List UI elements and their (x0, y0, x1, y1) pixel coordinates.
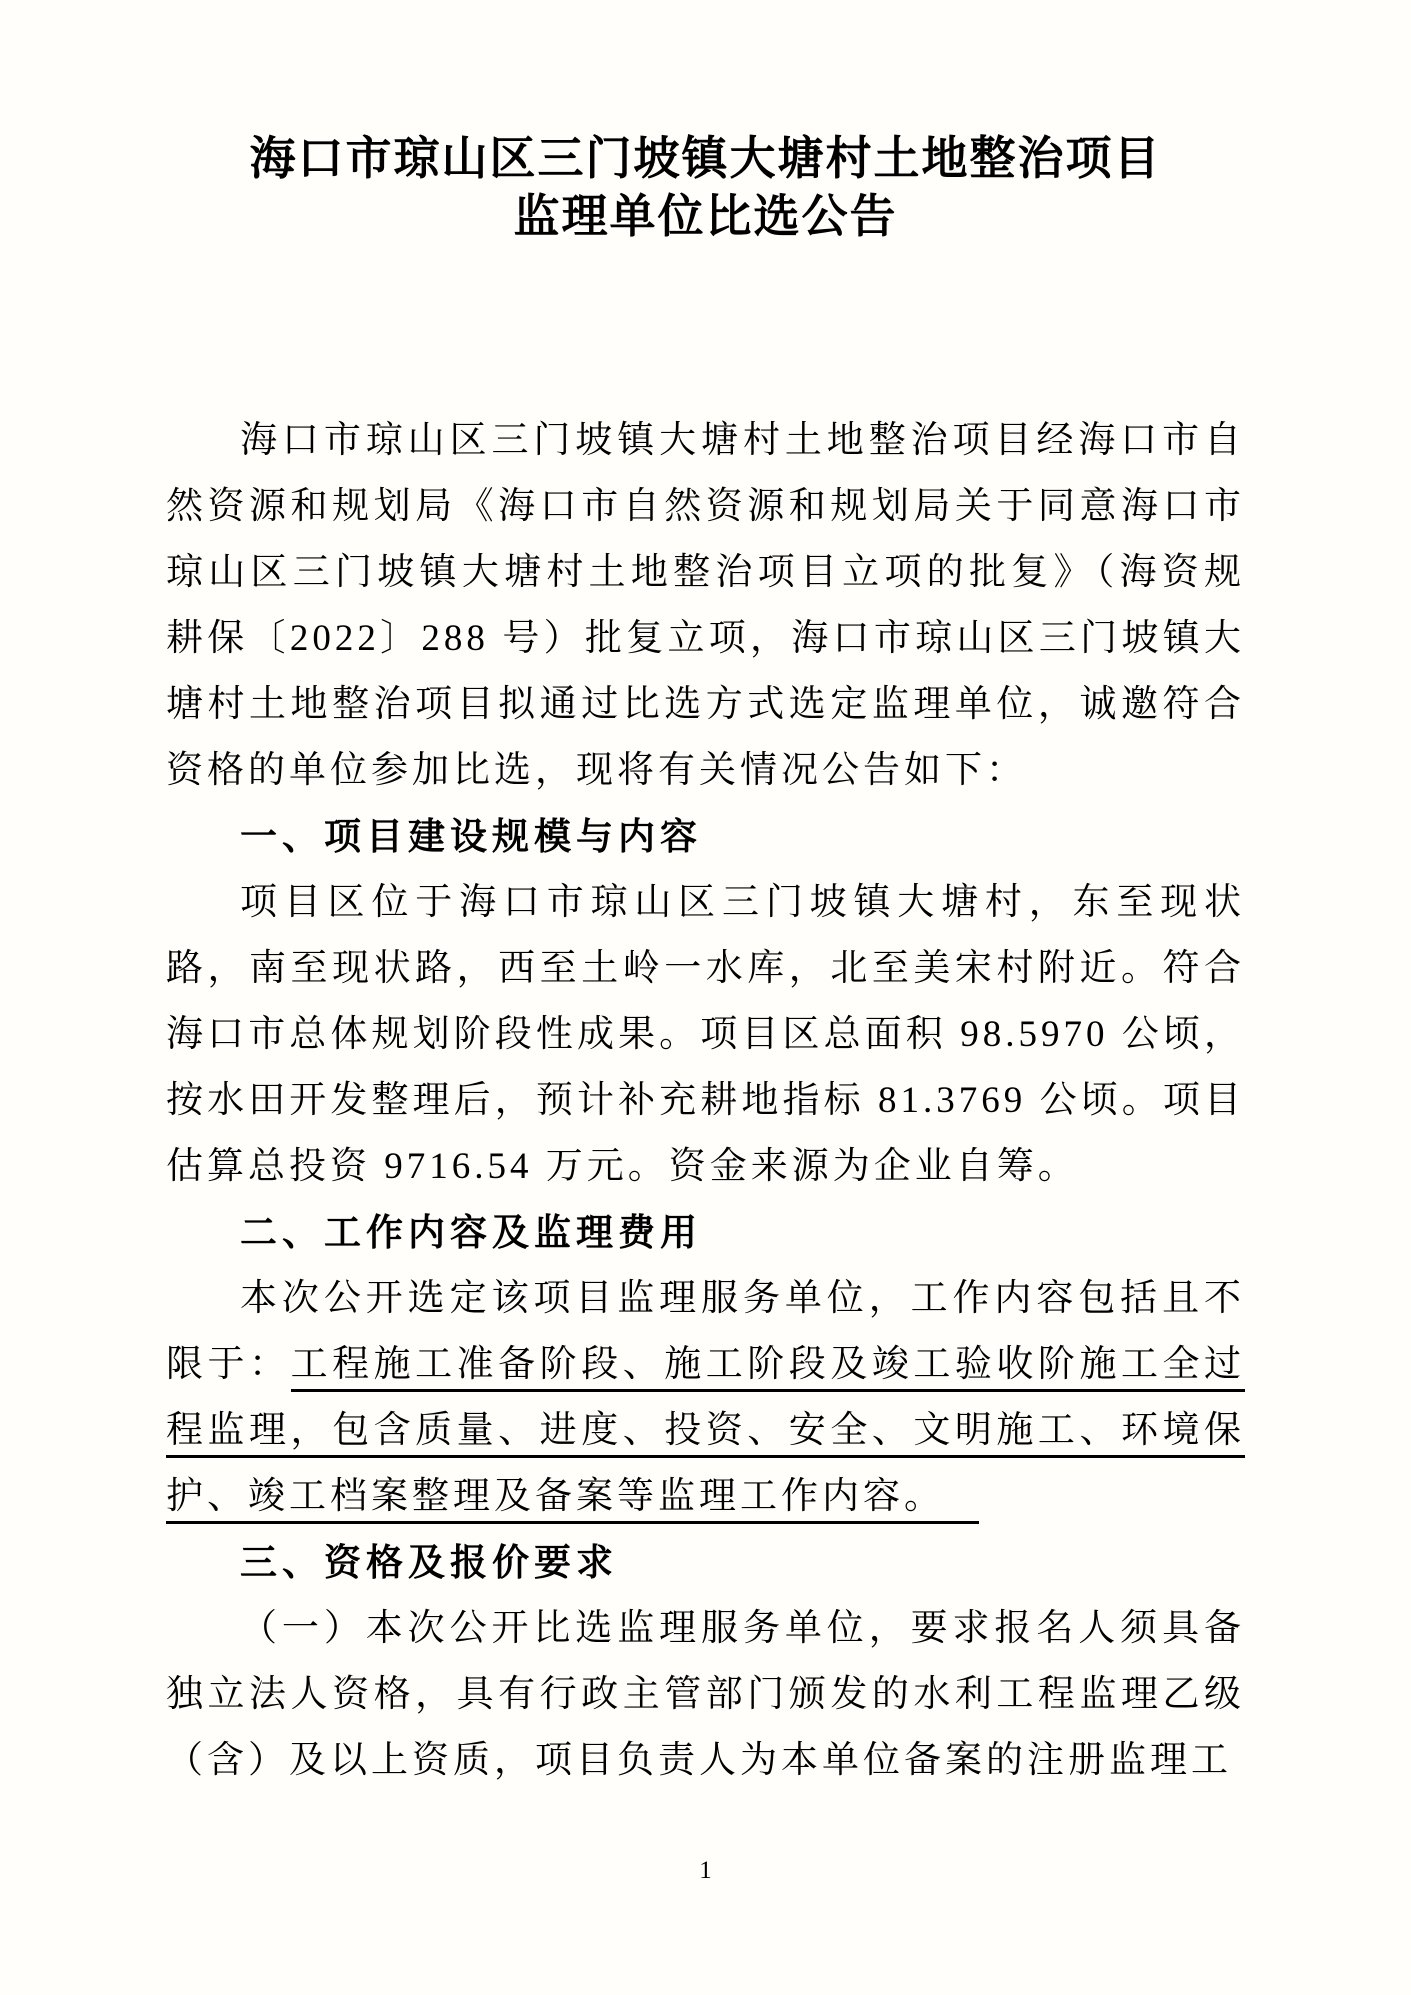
title-line-1: 海口市琼山区三门坡镇大塘村土地整治项目 (0, 130, 1411, 188)
document-body: 海口市琼山区三门坡镇大塘村土地整治项目经海口市自然资源和规划局《海口市自然资源和… (166, 408, 1245, 1794)
section-heading-3: 三、资格及报价要求 (166, 1530, 1245, 1596)
document-title: 海口市琼山区三门坡镇大塘村土地整治项目 监理单位比选公告 (0, 0, 1411, 246)
title-line-2: 监理单位比选公告 (0, 188, 1411, 246)
paragraph-section-2: 本次公开选定该项目监理服务单位，工作内容包括且不限于：工程施工准备阶段、施工阶段… (166, 1266, 1245, 1530)
page-number: 1 (0, 1858, 1411, 1883)
section-2-underlined-scope: 工程施工准备阶段、施工阶段及竣工验收阶施工全过程监理，包含质量、进度、投资、安全… (166, 1344, 1245, 1524)
paragraph-section-1: 项目区位于海口市琼山区三门坡镇大塘村，东至现状路，南至现状路，西至土岭一水库，北… (166, 870, 1245, 1200)
section-heading-1: 一、项目建设规模与内容 (166, 804, 1245, 870)
section-heading-2: 二、工作内容及监理费用 (166, 1200, 1245, 1266)
document-page: 海口市琼山区三门坡镇大塘村土地整治项目 监理单位比选公告 海口市琼山区三门坡镇大… (0, 0, 1411, 1995)
paragraph-intro: 海口市琼山区三门坡镇大塘村土地整治项目经海口市自然资源和规划局《海口市自然资源和… (166, 408, 1245, 804)
paragraph-section-3: （一）本次公开比选监理服务单位，要求报名人须具备独立法人资格，具有行政主管部门颁… (166, 1596, 1245, 1794)
